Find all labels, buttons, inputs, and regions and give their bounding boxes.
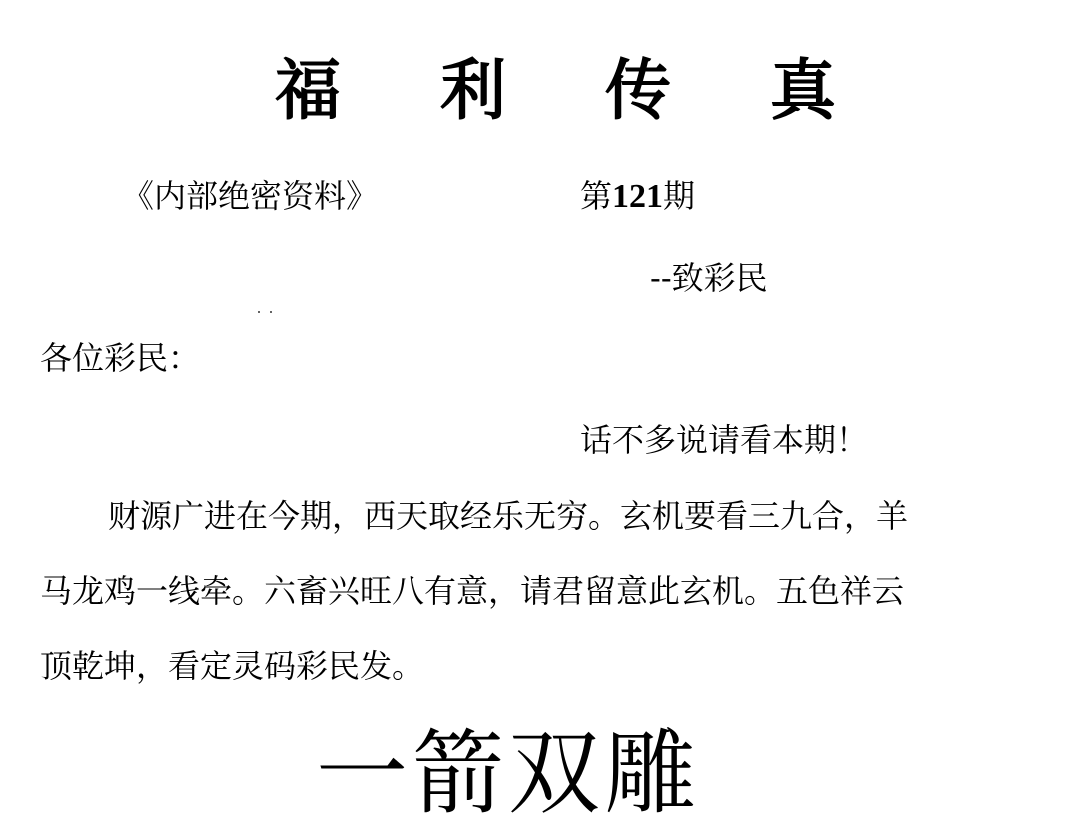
document-subtitle: 《内部绝密资料》 xyxy=(122,180,378,212)
poem-line: 财源广进在今期，西天取经乐无穷。玄机要看三九合，羊 xyxy=(40,500,1040,536)
scan-artifact-dots xyxy=(258,311,278,315)
issue-number-value: 121 xyxy=(612,178,663,215)
issue-prefix: 第 xyxy=(580,177,612,215)
issue-number: 第121期 xyxy=(580,180,695,214)
dedication: --致彩民 xyxy=(650,262,768,294)
headline: 一箭双雕 xyxy=(316,728,700,820)
poem-paragraph: 财源广进在今期，西天取经乐无穷。玄机要看三九合，羊 马龙鸡一线牵。六畜兴旺八有意… xyxy=(40,500,1040,725)
poem-line: 马龙鸡一线牵。六畜兴旺八有意，请君留意此玄机。五色祥云 xyxy=(40,575,1040,611)
issue-suffix: 期 xyxy=(663,177,695,215)
greeting: 各位彩民： xyxy=(40,342,200,374)
document-title: 福 利 传 真 xyxy=(275,58,874,124)
intro-text: 话不多说请看本期！ xyxy=(580,424,868,456)
poem-line: 顶乾坤，看定灵码彩民发。 xyxy=(40,650,1040,686)
